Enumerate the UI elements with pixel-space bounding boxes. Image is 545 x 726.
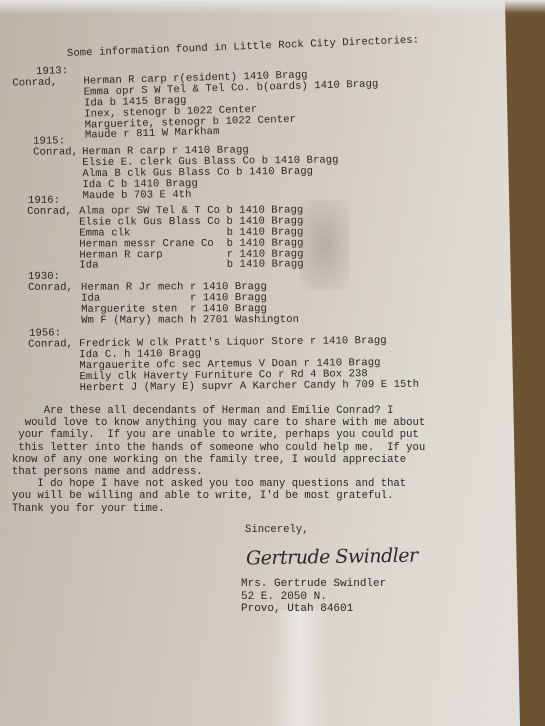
directory-entry: Maude b 703 E 4th [83, 189, 192, 201]
sender-name: Mrs. Gertrude Swindler [241, 578, 386, 591]
directory-surname: Conrad, [28, 283, 73, 294]
letter-line: Thank you for your time. [12, 503, 425, 515]
closing: Sincerely, [245, 524, 309, 536]
letter-line: know of any one working on the family tr… [12, 454, 425, 466]
sender-address: Mrs. Gertrude Swindler52 E. 2050 N.Provo… [241, 578, 386, 616]
directory-surname: Conrad, [33, 147, 78, 158]
directory-entry: Ida b 1410 Bragg [79, 260, 303, 272]
sender-city: Provo, Utah 84601 [241, 603, 386, 616]
letter-line: that persons name and address. [12, 466, 425, 478]
directory-surname: Conrad, [12, 77, 57, 89]
handwritten-signature: Gertrude Swindler [246, 545, 418, 570]
directory-surname: Conrad, [28, 339, 73, 350]
letter-line: you will be willing and able to write, I… [12, 490, 425, 502]
letter-line: Are these all decendants of Herman and E… [12, 405, 425, 417]
directory-surname: Conrad, [27, 207, 72, 218]
letter-line: your family. If you are unable to write,… [12, 429, 425, 441]
paper-crease [270, 610, 330, 726]
letter-body: Are these all decendants of Herman and E… [12, 405, 425, 515]
paper-shadow [300, 200, 350, 290]
letter-line: would love to know anything you may care… [12, 417, 425, 429]
sender-street: 52 E. 2050 N. [241, 591, 386, 604]
letter-line: I do hope I have not asked you too many … [12, 478, 425, 490]
directory-entry: Wm F (Mary) mach h 2701 Washington [81, 315, 299, 327]
letter-line: this letter into the hands of someone wh… [12, 442, 425, 454]
paper-glare [0, 0, 545, 14]
